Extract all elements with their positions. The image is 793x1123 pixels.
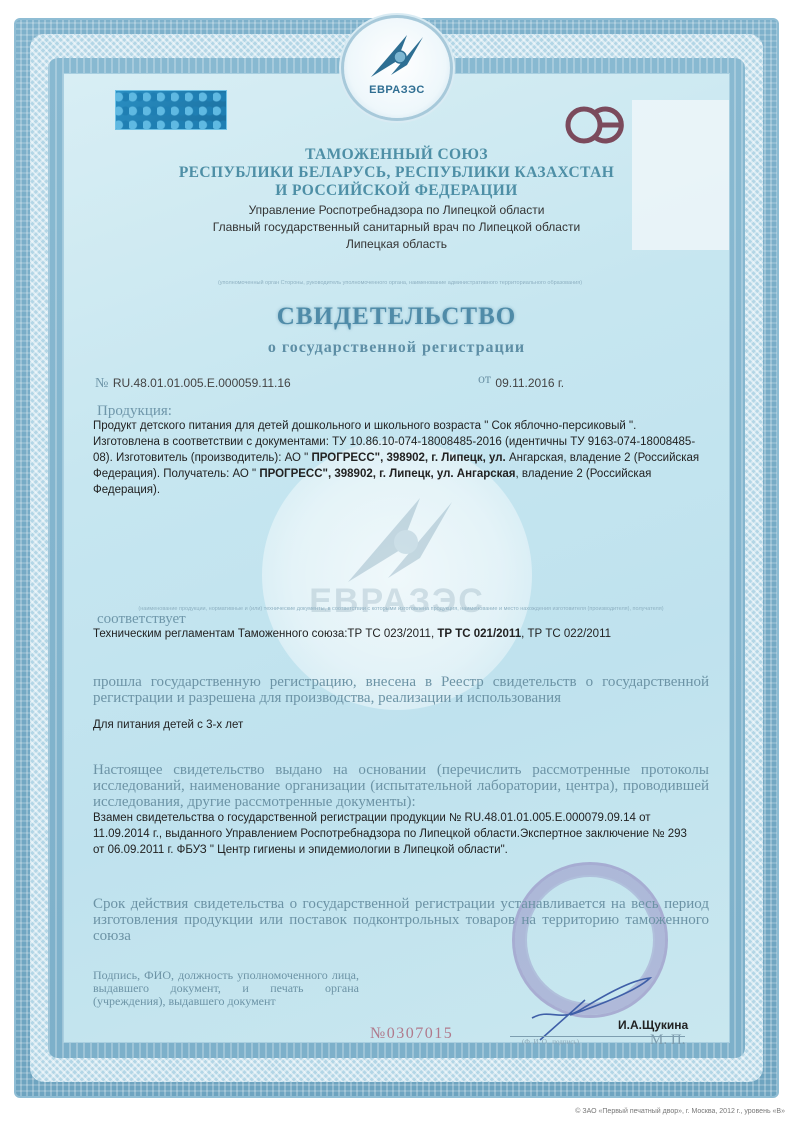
- union-title-line-3: И РОССИЙСКОЙ ФЕДЕРАЦИИ: [64, 182, 729, 199]
- watermark-text: ЕВРАЗЭС: [262, 582, 532, 621]
- eurasec-emblem: ЕВРАЗЭС: [344, 18, 450, 118]
- registration-date-row: от 09.11.2016 г.: [478, 372, 564, 392]
- number-sign-label: №: [95, 376, 108, 391]
- product-line-5: Федерация).: [93, 482, 715, 498]
- authority-line-2: Главный государственный санитарный врач …: [64, 219, 729, 236]
- printer-imprint: © ЗАО «Первый печатный двор», г. Москва,…: [575, 1108, 785, 1115]
- validity-statement: Срок действия свидетельства о государств…: [93, 896, 709, 944]
- product-description: Продукт детского питания для детей дошко…: [93, 418, 715, 498]
- registration-statement: прошла государственную регистрацию, внес…: [93, 674, 709, 706]
- registration-number: RU.48.01.01.005.E.000059.11.16: [113, 376, 291, 390]
- registration-number-row: № RU.48.01.01.005.E.000059.11.16: [95, 374, 291, 392]
- product-line-2: Изготовлена в соответствии с документами…: [93, 434, 715, 450]
- authority-caption: (уполномоченный орган Стороны, руководит…: [145, 280, 655, 286]
- seal-place-label: М. П.: [650, 1032, 685, 1049]
- blank-serial-number: №0307015: [370, 1025, 453, 1043]
- registration-date: 09.11.2016 г.: [495, 376, 564, 390]
- hologram-sticker: [115, 90, 227, 130]
- product-line-4: Федерация). Получатель: АО " ПРОГРЕСС", …: [93, 466, 715, 482]
- usage-note: Для питания детей с 3-х лет: [93, 717, 715, 733]
- basis-statement: Настоящее свидетельство выдано на основа…: [93, 762, 709, 810]
- signer-name: И.А.Щукина: [618, 1018, 688, 1032]
- authority-line-3: Липецкая область: [64, 236, 729, 253]
- basis-line-2: 11.09.2014 г., выданного Управлением Рос…: [93, 826, 715, 842]
- signature-line-caption: (Ф. И. О., подпись): [522, 1038, 579, 1046]
- certificate-title: СВИДЕТЕЛЬСТВО: [64, 303, 729, 331]
- eac-conformity-icon: [563, 104, 629, 146]
- watermark-eurasec-icon: [340, 490, 460, 590]
- basis-line-3: от 06.09.2011 г. ФБУЗ " Центр гигиены и …: [93, 842, 715, 858]
- authority-line-1: Управление Роспотребнадзора по Липецкой …: [64, 202, 729, 219]
- emblem-label: ЕВРАЗЭС: [344, 84, 450, 96]
- union-title-line-2: РЕСПУБЛИКИ БЕЛАРУСЬ, РЕСПУБЛИКИ КАЗАХСТА…: [64, 164, 729, 181]
- eurasec-emblem-icon: [367, 30, 427, 82]
- conformity-regulations: Техническим регламентам Таможенного союз…: [93, 626, 715, 642]
- signature-statement: Подпись, ФИО, должность уполномоченного …: [93, 969, 359, 1008]
- union-title-line-1: ТАМОЖЕННЫЙ СОЮЗ: [64, 146, 729, 163]
- product-line-1: Продукт детского питания для детей дошко…: [93, 418, 715, 434]
- basis-line-1: Взамен свидетельства о государственной р…: [93, 810, 715, 826]
- product-line-3: 08). Изготовитель (производитель): АО " …: [93, 450, 715, 466]
- manufacturer-address: ПРОГРЕСС", 398902, г. Липецк, ул.: [311, 452, 505, 464]
- certificate-subtitle: о государственной регистрации: [64, 339, 729, 357]
- basis-documents: Взамен свидетельства о государственной р…: [93, 810, 715, 858]
- recipient-address: ПРОГРЕСС", 398902, г. Липецк, ул. Ангарс…: [259, 468, 515, 480]
- date-label: от: [478, 372, 491, 387]
